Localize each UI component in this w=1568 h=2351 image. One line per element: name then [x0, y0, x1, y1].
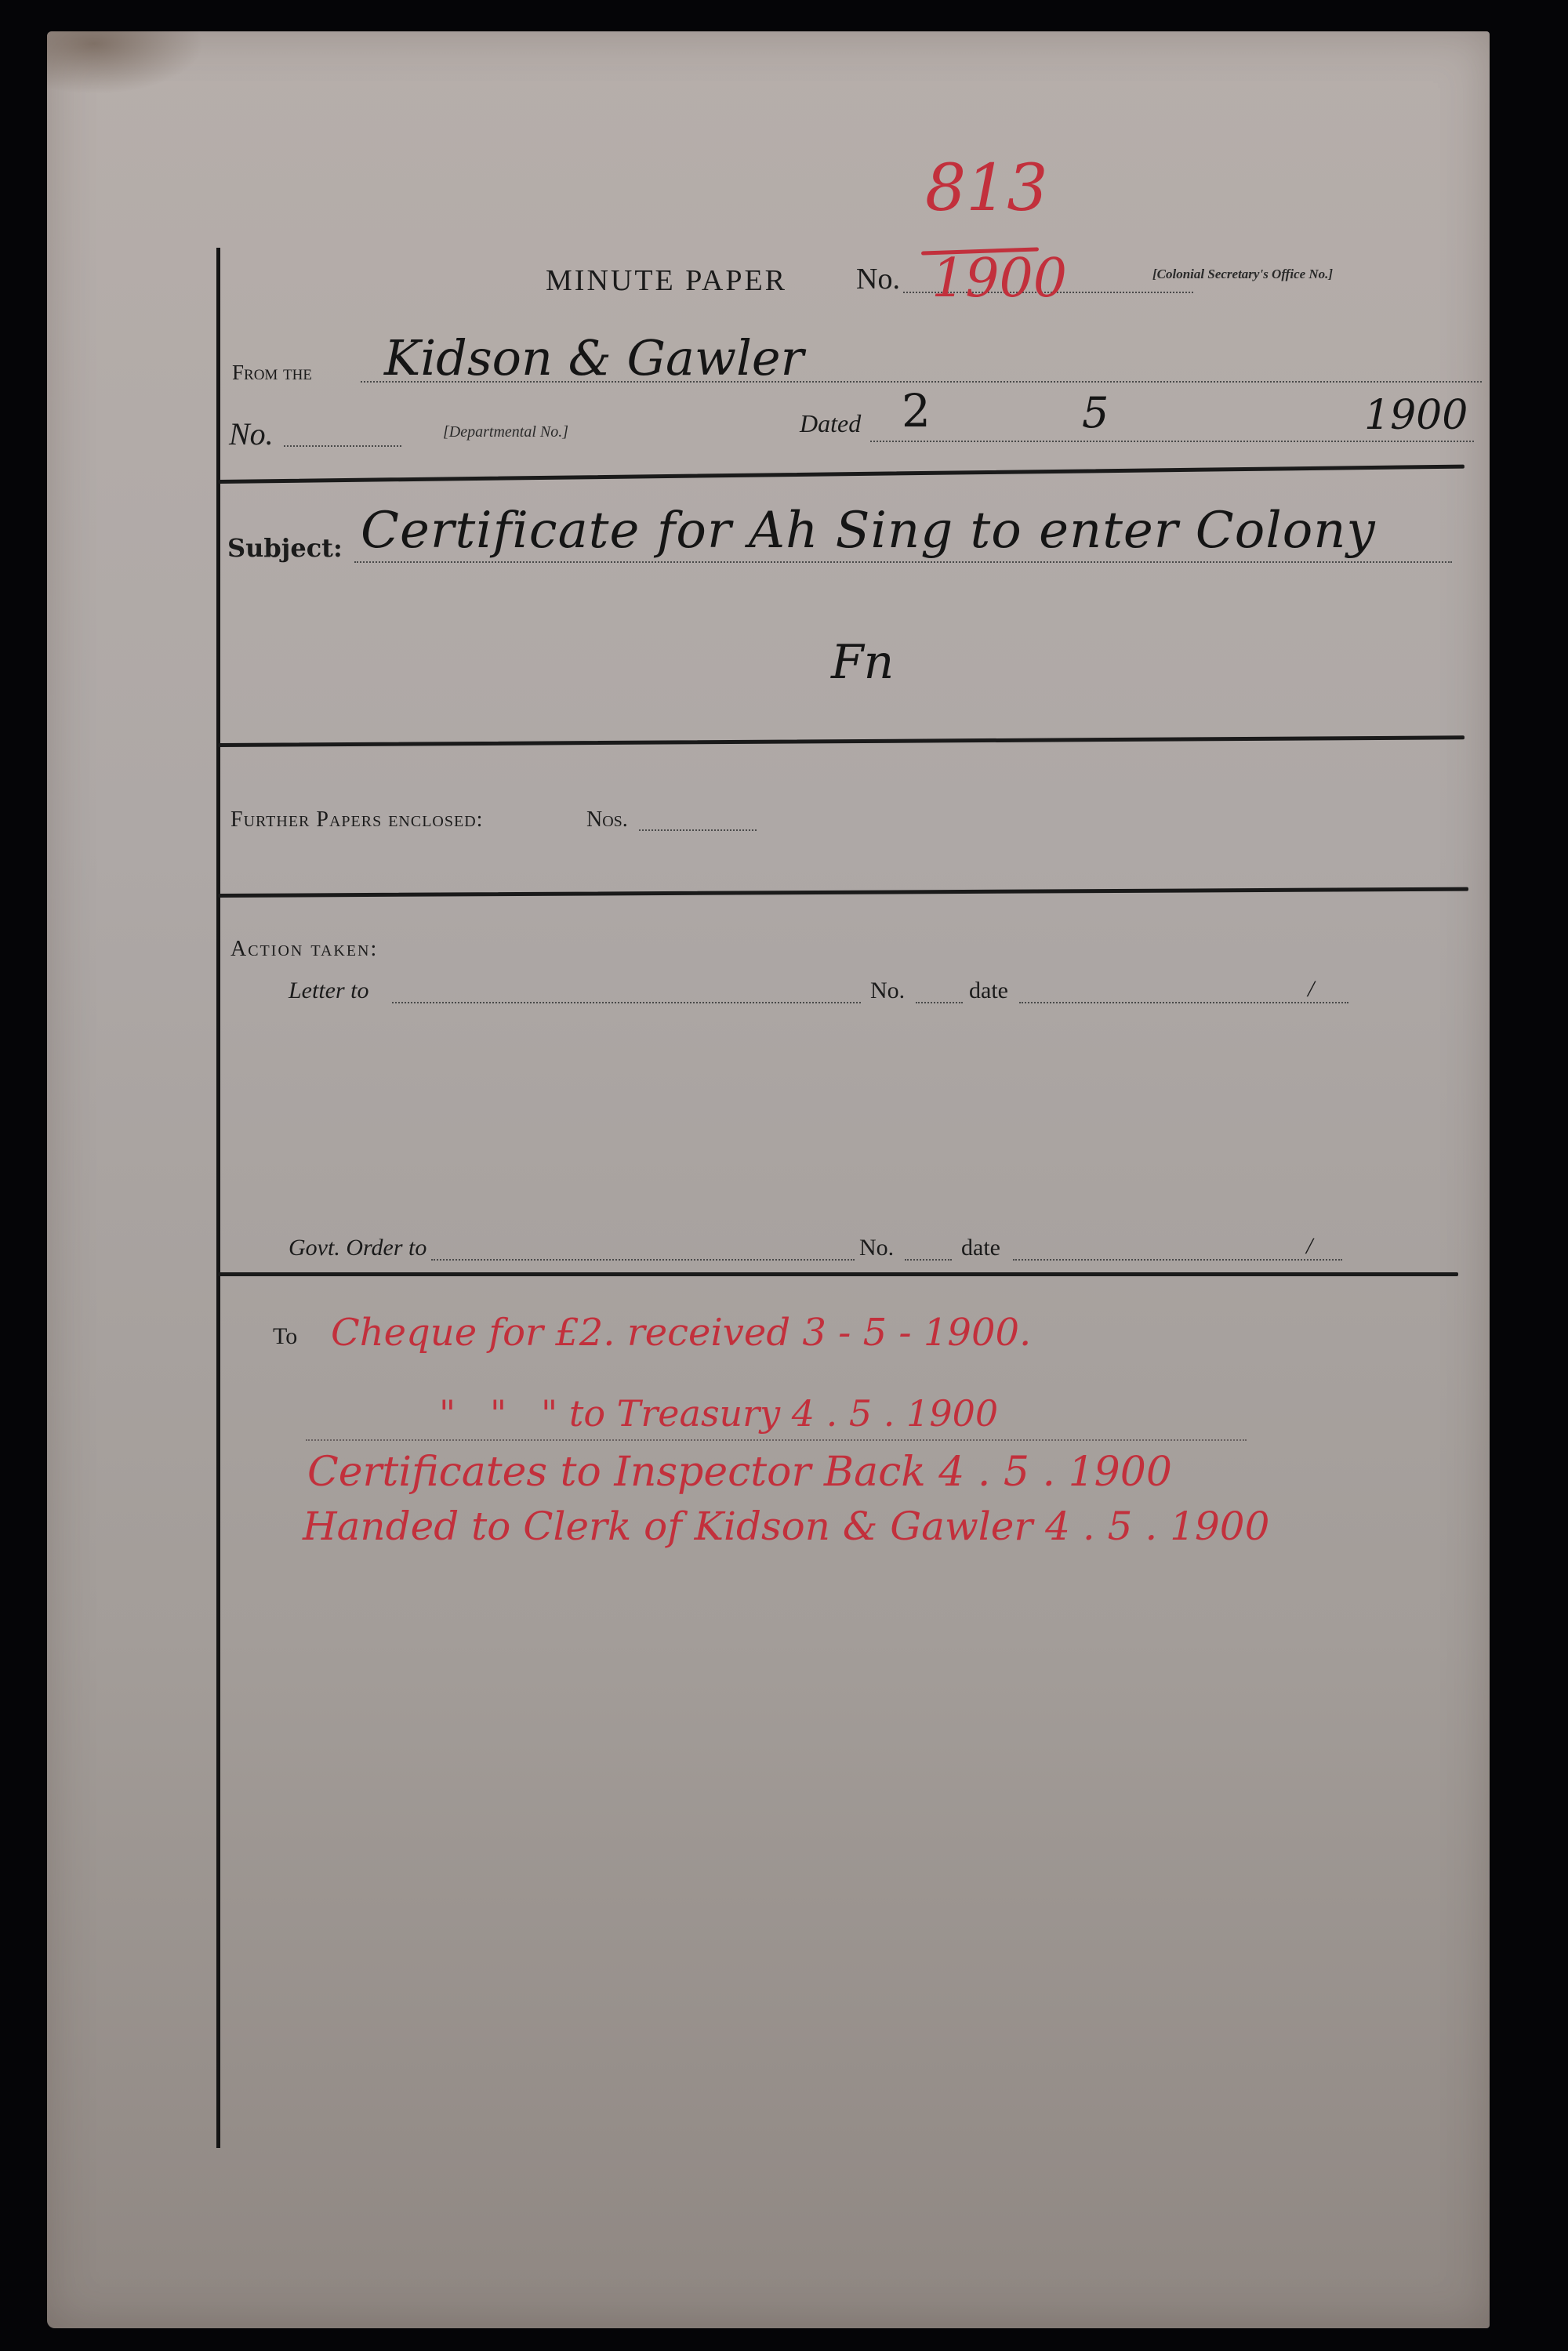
- departmental-no-label: No.: [229, 415, 274, 452]
- departmental-bracket: [Departmental No.]: [443, 423, 568, 441]
- govt-order-label: Govt. Order to: [289, 1235, 426, 1261]
- from-value: Kidson & Gawler: [384, 329, 804, 386]
- letter-date-label: date: [969, 978, 1008, 1004]
- departmental-no-dots: [284, 445, 401, 447]
- from-label: From the: [232, 361, 312, 385]
- subject-initials: Fn: [831, 635, 894, 690]
- dated-label: Dated: [800, 409, 861, 438]
- subject-dots: [354, 561, 1452, 563]
- to-entry-3: Certificates to Inspector Back 4 . 5 . 1…: [307, 1449, 1172, 1496]
- further-papers-dots: [639, 829, 757, 831]
- to-entry-2: " " " to Treasury 4 . 5 . 1900: [439, 1392, 998, 1435]
- govt-order-date-label: date: [961, 1235, 1000, 1261]
- govt-order-date-slash: /: [1306, 1233, 1312, 1260]
- letter-date-dots: [1019, 1002, 1348, 1003]
- to-entry-4: Handed to Clerk of Kidson & Gawler 4 . 5…: [303, 1504, 1269, 1549]
- minute-paper-sheet: 813 MINUTE PAPER No. 1900 [Colonial Secr…: [47, 31, 1490, 2328]
- to-label: To: [273, 1323, 297, 1350]
- minute-paper-no-label: No.: [856, 262, 900, 296]
- paper-stain: [47, 31, 204, 94]
- letter-no-label: No.: [870, 978, 905, 1004]
- dated-year: 1900: [1364, 392, 1468, 439]
- govt-order-no-label: No.: [859, 1235, 894, 1261]
- letter-no-dots: [916, 1002, 963, 1003]
- dated-dots: [870, 441, 1474, 442]
- dated-month: 5: [1082, 388, 1109, 437]
- further-papers-label: Further Papers enclosed:: [230, 807, 483, 833]
- margin-rule: [216, 248, 220, 2148]
- section-rule-3: [218, 887, 1468, 898]
- letter-to-dots: [392, 1002, 861, 1003]
- letter-date-slash: /: [1308, 976, 1314, 1003]
- section-rule-1: [218, 465, 1465, 484]
- subject-value: Certificate for Ah Sing to enter Colony: [361, 502, 1376, 560]
- section-rule-4: [218, 1272, 1458, 1276]
- page-title: MINUTE PAPER: [546, 263, 787, 298]
- further-papers-nos-label: Nos.: [586, 807, 628, 833]
- govt-order-date-dots: [1013, 1259, 1342, 1261]
- office-no-label: [Colonial Secretary's Office No.]: [1152, 267, 1333, 282]
- govt-order-no-dots: [905, 1259, 952, 1261]
- dated-day: 2: [902, 384, 931, 437]
- govt-order-dots: [431, 1259, 855, 1261]
- paper-number: 813: [925, 157, 1048, 221]
- to-entry-dots: [306, 1439, 1247, 1441]
- letter-to-label: Letter to: [289, 978, 369, 1004]
- paper-year: 1900: [931, 252, 1067, 306]
- action-taken-label: Action taken:: [230, 937, 378, 962]
- subject-label: Subject:: [227, 533, 343, 563]
- section-rule-2: [218, 735, 1465, 747]
- to-entry-1: Cheque for £2. received 3 - 5 - 1900.: [331, 1311, 1031, 1355]
